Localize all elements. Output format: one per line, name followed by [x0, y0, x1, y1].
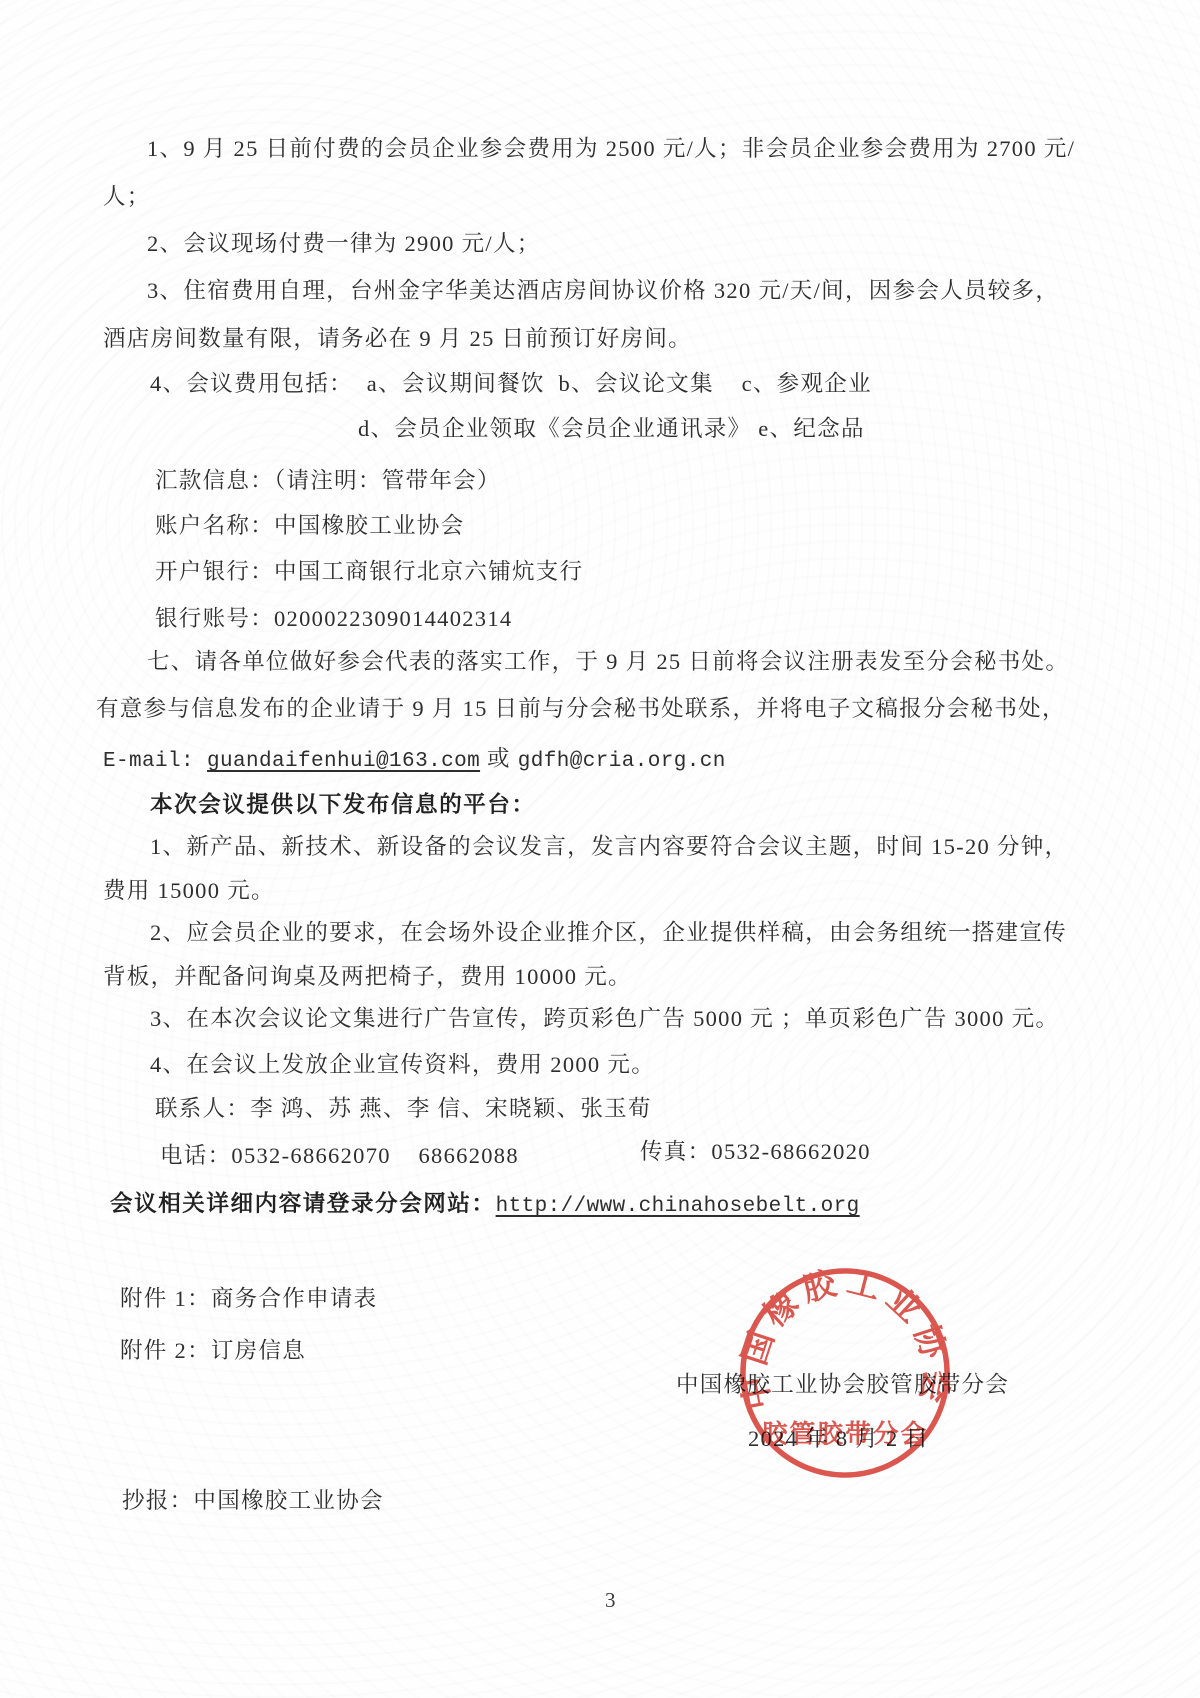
- platform-item-3: 3、在本次会议论文集进行广告宣传，跨页彩色广告 5000 元 ；单页彩色广告 3…: [150, 1004, 1059, 1034]
- fee-item-1-line2: 人；: [103, 182, 151, 212]
- page-number: 3: [605, 1588, 616, 1613]
- text-segment: 开户银行：中国工商银行北京六铺炕支行: [155, 559, 583, 584]
- text-segment: 人；: [103, 184, 151, 209]
- platform-heading: 本次会议提供以下发布信息的平台：: [150, 790, 536, 820]
- text-segment: 3、住宿费用自理，台州金字华美达酒店房间协议价格 320 元/天/间，因参会人员…: [147, 278, 1059, 303]
- text-segment: 附件 2：订房信息: [120, 1338, 306, 1363]
- account-name: 账户名称：中国橡胶工业协会: [155, 511, 464, 541]
- attachment-1: 附件 1：商务合作申请表: [120, 1284, 377, 1314]
- item-7-line1: 七、请各单位做好参会代表的落实工作，于 9 月 25 日前将会议注册表发至分会秘…: [147, 647, 1069, 677]
- platform-item-2-line1: 2、应会员企业的要求，在会场外设企业推介区，企业提供样稿，由会务组统一搭建宣传: [150, 918, 1067, 948]
- bank-account-number: 银行账号：0200022309014402314: [155, 604, 512, 634]
- website-label: 会议相关详细内容请登录分会网站：: [110, 1191, 496, 1216]
- text-segment: 传真：0532-68662020: [640, 1139, 871, 1164]
- signature-org: 中国橡胶工业协会胶管胶带分会: [676, 1370, 1009, 1400]
- item-7-line2: 有意参与信息发布的企业请于 9 月 15 日前与分会秘书处联系，并将电子文稿报分…: [96, 694, 1066, 724]
- fee-item-4-line2: d、会员企业领取《会员企业通讯录》 e、纪念品: [358, 414, 865, 444]
- fee-item-4-line1: 4、会议费用包括： a、会议期间餐饮 b、会议论文集 c、参观企业: [150, 369, 872, 399]
- contacts-line: 联系人：李 鸿、苏 燕、李 信、宋晓颖、张玉荀: [155, 1094, 652, 1124]
- text-segment: 1、新产品、新技术、新设备的会议发言，发言内容要符合会议主题，时间 15-20 …: [150, 834, 1068, 859]
- remittance-note: 汇款信息：（请注明：管带年会）: [155, 466, 501, 496]
- document-page: 1、9 月 25 日前付费的会员企业参会费用为 2500 元/人；非会员企业参会…: [0, 0, 1200, 1698]
- fee-item-1-line1: 1、9 月 25 日前付费的会员企业参会费用为 2500 元/人；非会员企业参会…: [147, 134, 1075, 164]
- text-segment: 本次会议提供以下发布信息的平台：: [150, 792, 536, 817]
- text-segment: 4、在会议上发放企业宣传资料，费用 2000 元。: [150, 1052, 655, 1077]
- text-segment: 抄报：中国橡胶工业协会: [122, 1488, 384, 1513]
- fee-item-3-line2: 酒店房间数量有限，请务必在 9 月 25 日前预订好房间。: [103, 324, 692, 354]
- text-segment: 有意参与信息发布的企业请于 9 月 15 日前与分会秘书处联系，并将电子文稿报分…: [96, 696, 1066, 721]
- email-link[interactable]: guandaifenhui@163.com: [207, 750, 480, 773]
- website-link[interactable]: http://www.chinahosebelt.org: [496, 1195, 860, 1218]
- text-segment: 酒店房间数量有限，请务必在 9 月 25 日前预订好房间。: [103, 326, 692, 351]
- text-segment: 2、应会员企业的要求，在会场外设企业推介区，企业提供样稿，由会务组统一搭建宣传: [150, 920, 1067, 945]
- text-segment: 中国橡胶工业协会胶管胶带分会: [676, 1372, 1009, 1397]
- platform-item-4: 4、在会议上发放企业宣传资料，费用 2000 元。: [150, 1050, 655, 1080]
- platform-item-2-line2: 背板，并配备问询桌及两把椅子，费用 10000 元。: [103, 962, 632, 992]
- text-segment: 4、会议费用包括： a、会议期间餐饮 b、会议论文集 c、参观企业: [150, 371, 872, 396]
- fee-item-2: 2、会议现场付费一律为 2900 元/人；: [147, 229, 541, 259]
- text-segment: 费用 15000 元。: [103, 878, 275, 903]
- bank-name: 开户银行：中国工商银行北京六铺炕支行: [155, 557, 583, 587]
- platform-item-1-line1: 1、新产品、新技术、新设备的会议发言，发言内容要符合会议主题，时间 15-20 …: [150, 832, 1068, 862]
- text-segment: 七、请各单位做好参会代表的落实工作，于 9 月 25 日前将会议注册表发至分会秘…: [147, 649, 1069, 674]
- secondary-email[interactable]: gdfh@cria.org.cn: [518, 750, 726, 773]
- text-segment: 3、在本次会议论文集进行广告宣传，跨页彩色广告 5000 元 ；单页彩色广告 3…: [150, 1006, 1059, 1031]
- text-segment: d、会员企业领取《会员企业通讯录》 e、纪念品: [358, 416, 865, 441]
- text-segment: 电话：0532-68662070 68662088: [160, 1143, 519, 1168]
- fax-line: 传真：0532-68662020: [640, 1137, 871, 1167]
- text-segment: 账户名称：中国橡胶工业协会: [155, 513, 464, 538]
- platform-item-1-line2: 费用 15000 元。: [103, 876, 275, 906]
- text-segment: 2024 年 8 月 2 日: [748, 1426, 929, 1451]
- text-segment: 联系人：李 鸿、苏 燕、李 信、宋晓颖、张玉荀: [155, 1096, 652, 1121]
- text-segment: 2、会议现场付费一律为 2900 元/人；: [147, 231, 541, 256]
- email-label: E-mail:: [103, 750, 207, 773]
- signature-date: 2024 年 8 月 2 日: [748, 1424, 929, 1454]
- email-or: 或: [480, 746, 518, 771]
- phone-line: 电话：0532-68662070 68662088: [160, 1141, 519, 1171]
- text-segment: 背板，并配备问询桌及两把椅子，费用 10000 元。: [103, 964, 632, 989]
- cc-line: 抄报：中国橡胶工业协会: [122, 1486, 384, 1516]
- text-segment: 银行账号：0200022309014402314: [155, 606, 512, 631]
- text-segment: 1、9 月 25 日前付费的会员企业参会费用为 2500 元/人；非会员企业参会…: [147, 136, 1075, 161]
- attachment-2: 附件 2：订房信息: [120, 1336, 306, 1366]
- text-segment: 汇款信息：（请注明：管带年会）: [155, 468, 501, 493]
- text-segment: 附件 1：商务合作申请表: [120, 1286, 377, 1311]
- website-line: 会议相关详细内容请登录分会网站：http://www.chinahosebelt…: [110, 1189, 860, 1222]
- fee-item-3-line1: 3、住宿费用自理，台州金字华美达酒店房间协议价格 320 元/天/间，因参会人员…: [147, 276, 1059, 306]
- email-line: E-mail: guandaifenhui@163.com 或 gdfh@cri…: [103, 744, 726, 777]
